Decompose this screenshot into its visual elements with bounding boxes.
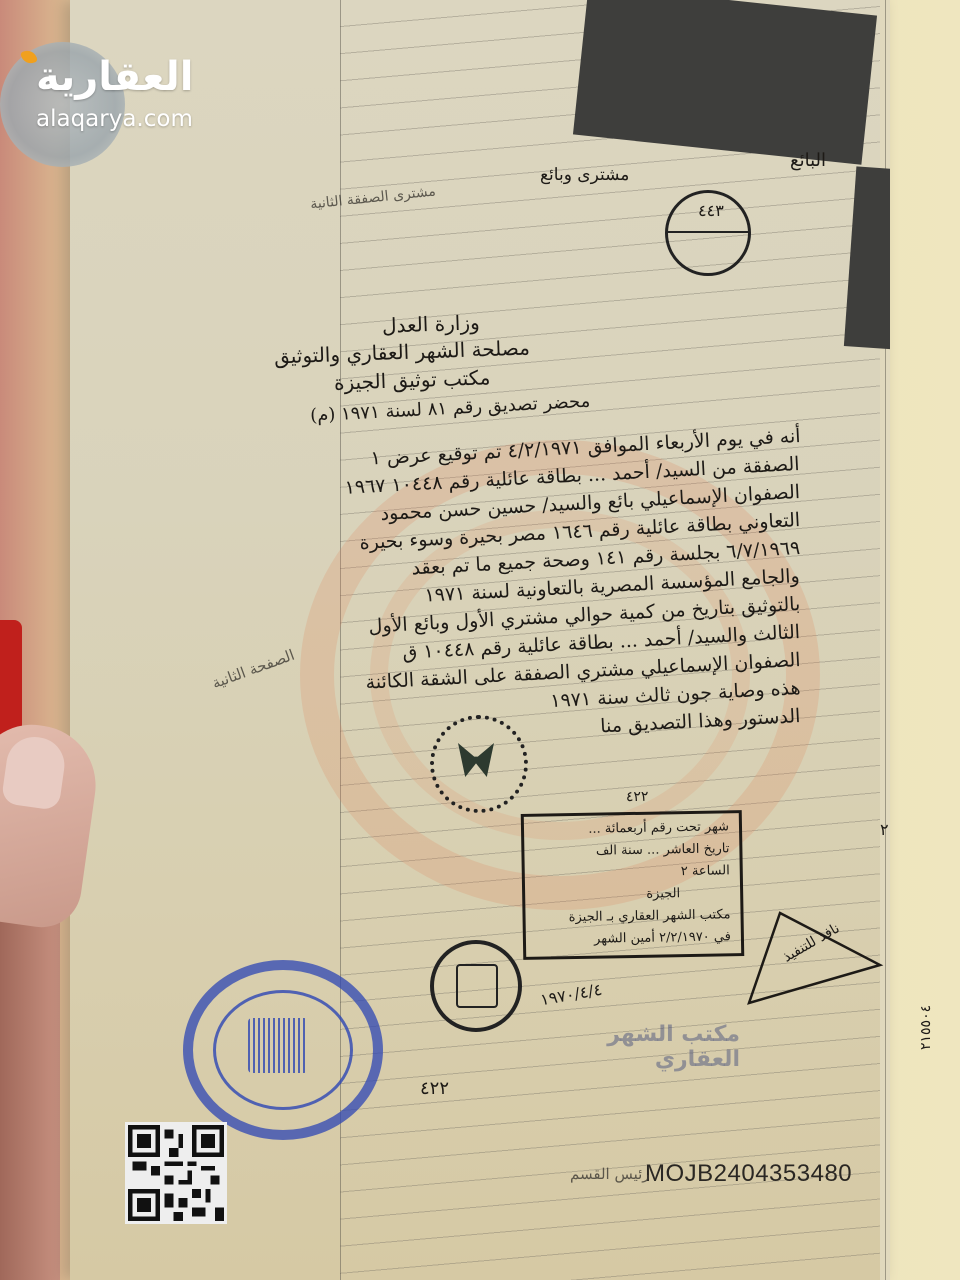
brand-name: العقارية <box>36 54 193 100</box>
eagle-stamp <box>430 715 528 813</box>
eagle-emblem-icon <box>248 1018 308 1073</box>
brand-url: alaqarya.com <box>36 106 193 132</box>
blue-official-seal <box>183 960 383 1140</box>
stamp-box-line: تاريخ العاشر ... سنة الف <box>596 841 730 858</box>
side-serial: ٢١٥٥٠٤ <box>918 1005 934 1050</box>
stamp-box-line: شهر تحت رقم أربعمائة ... <box>588 819 729 836</box>
ministry-heading: وزارة العدل <box>382 310 480 337</box>
registration-stamp-box: ٤٢٢ شهر تحت رقم أربعمائة ... تاريخ العاش… <box>521 810 745 960</box>
stamp-box-line: الجيزة <box>646 886 680 902</box>
stamp-box-line: الساعة ٢ <box>681 863 730 879</box>
buyer-label: مشترى وبائع <box>540 165 629 185</box>
document-page: البائع مشترى وبائع مشترى الصفقة الثانية … <box>70 0 890 1280</box>
page-number: ٢٠١ <box>880 820 890 839</box>
printed-reference-number: ٤٢٢ <box>420 1078 449 1099</box>
seller-label: البائع <box>790 150 826 171</box>
stamp-box-line: مكتب الشهر العقاري بـ الجيزة <box>569 907 731 925</box>
eagle-stamp <box>430 940 522 1032</box>
hand <box>0 900 60 1280</box>
left-margin-label: الصفحة الثانية <box>210 646 297 692</box>
barcode-serial: MOJB2404353480 <box>645 1160 852 1188</box>
circle-stamp-number: ٤٤٣ <box>698 201 724 220</box>
faded-printed-header: مكتب الشهر العقاري <box>570 1022 740 1092</box>
watermark-logo: العقارية alaqarya.com <box>0 22 230 142</box>
stamp-box-line: في ٢/٢/١٩٧٠ أمين الشهر <box>594 929 731 946</box>
triangle-stamp <box>745 905 885 1005</box>
circle-stamp: ٤٤٣ <box>665 190 751 276</box>
stamp-box-top-number: ٤٢٢ <box>626 789 649 805</box>
footer-label: رئيس القسم <box>570 1165 650 1183</box>
qr-code <box>125 1122 227 1224</box>
